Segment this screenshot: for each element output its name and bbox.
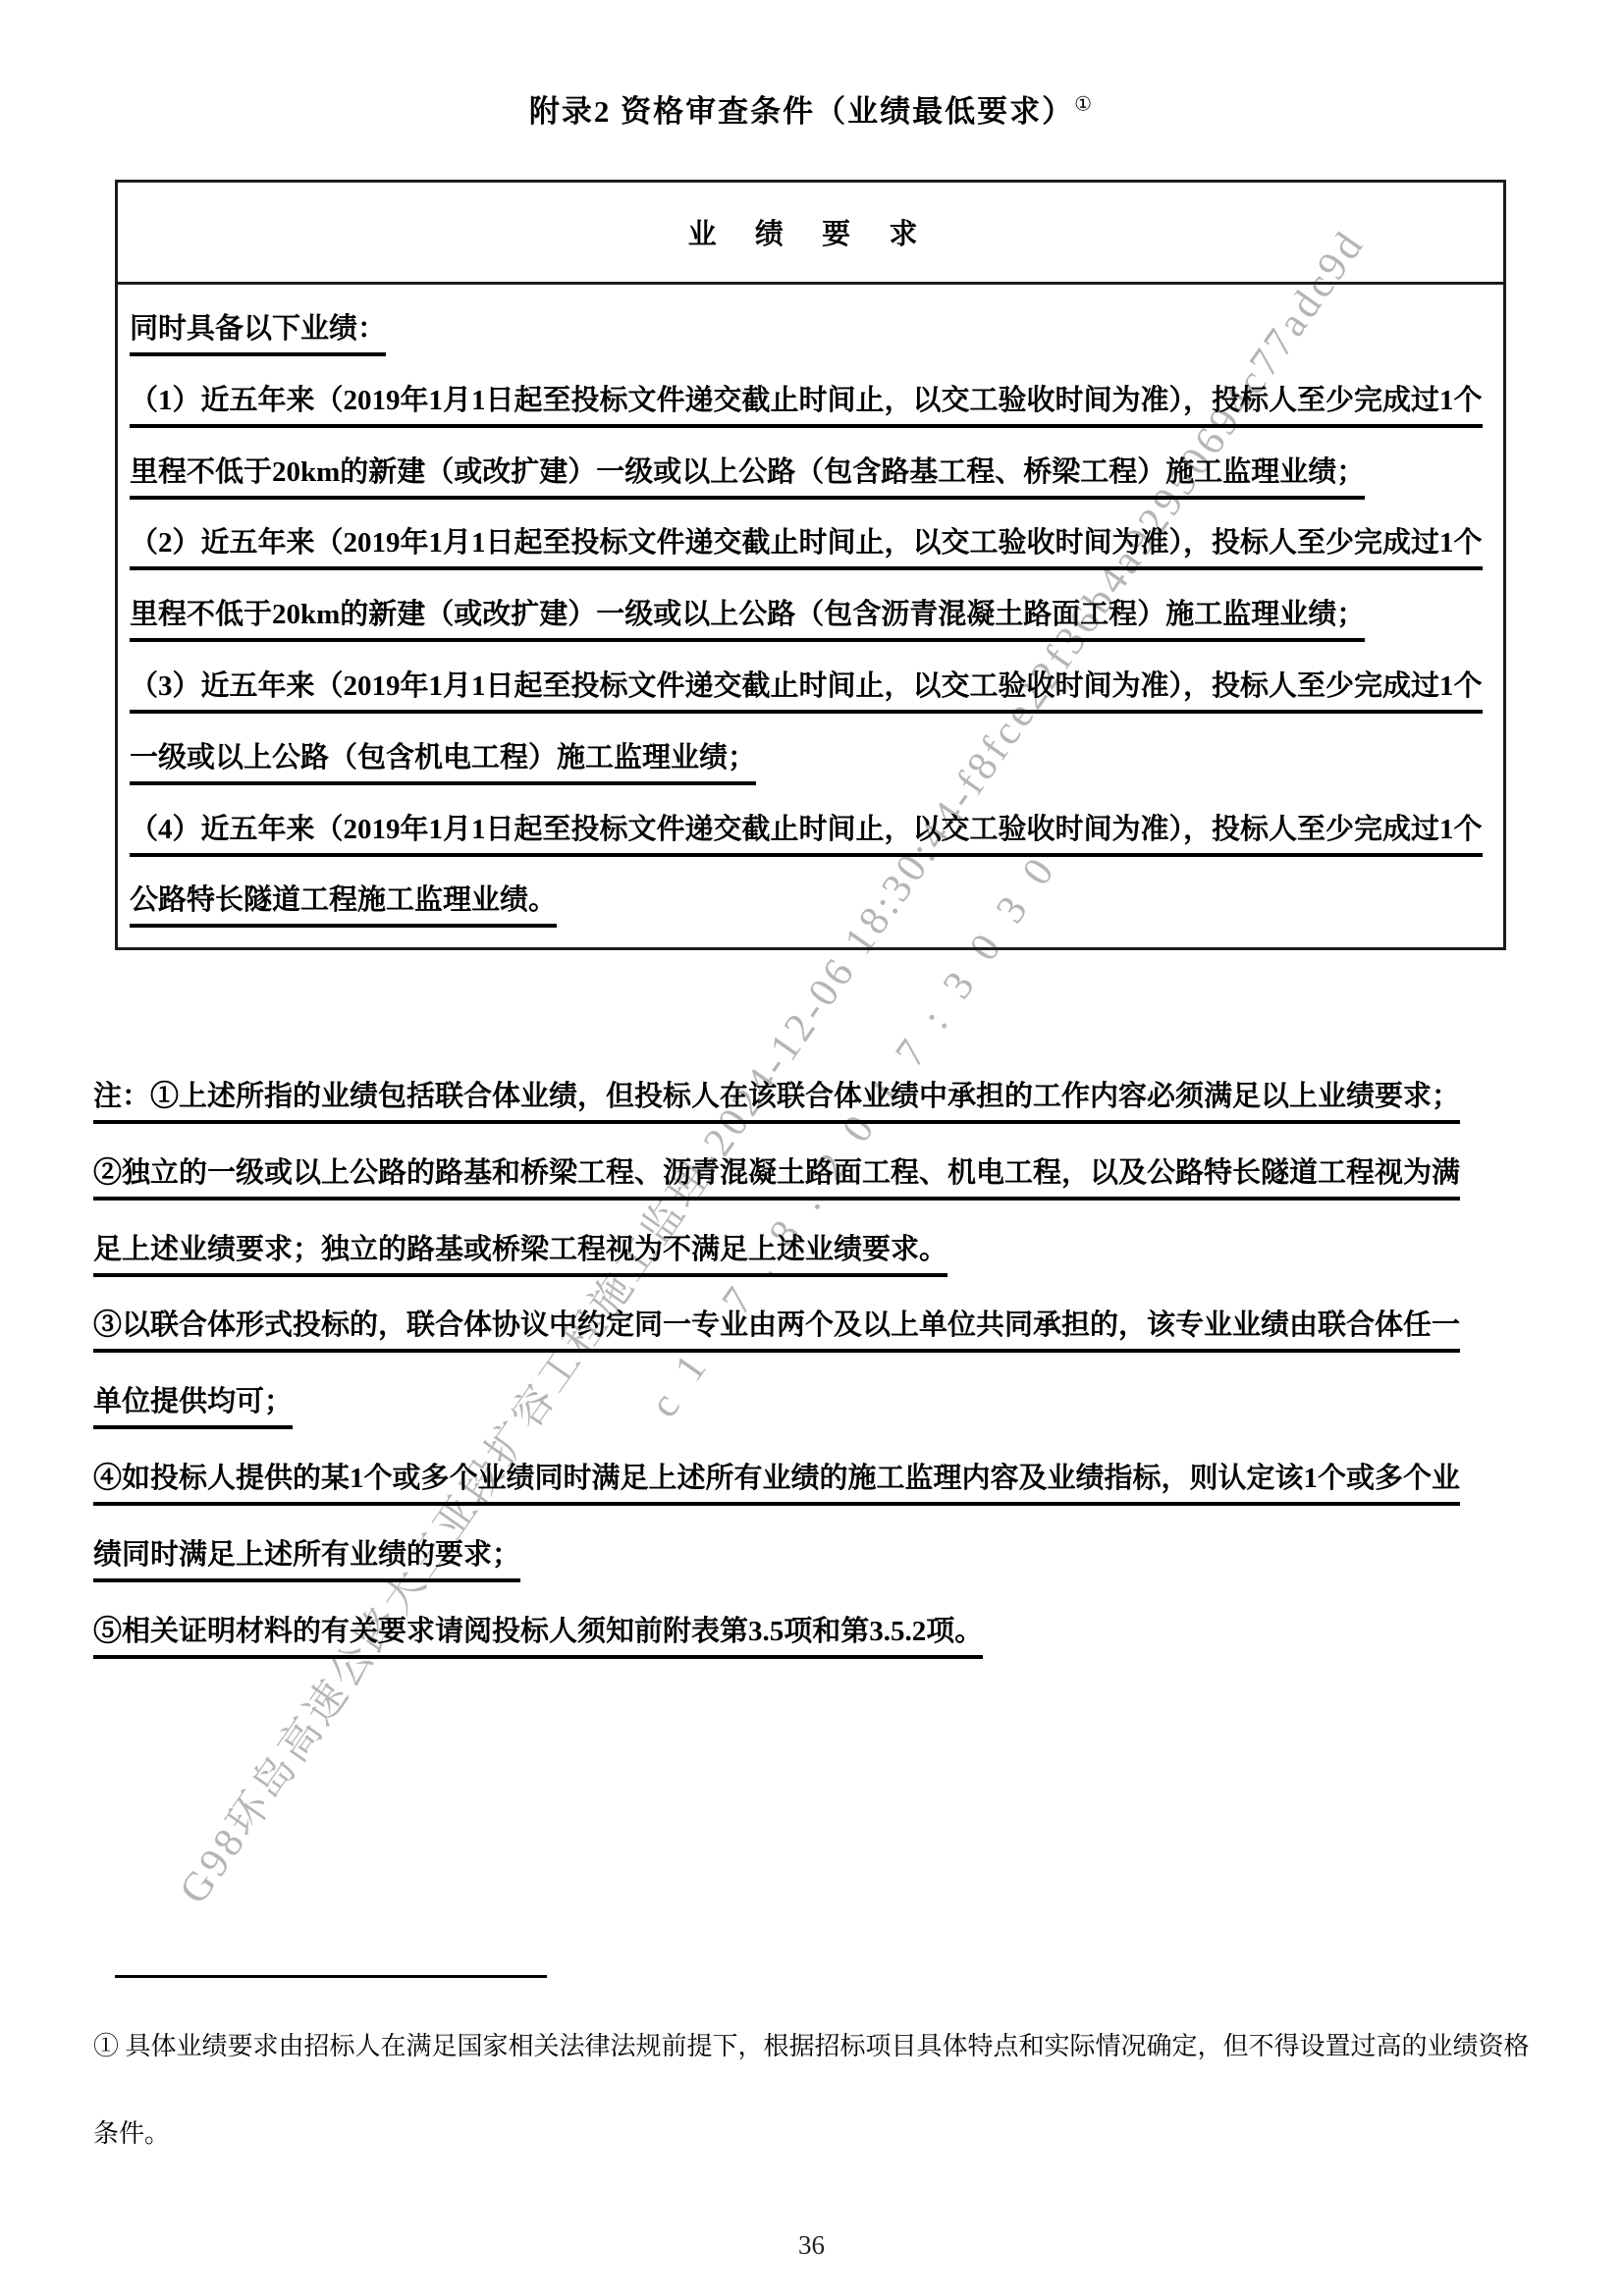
note-line: 足上述业绩要求；独立的路基或桥梁工程视为不满足上述业绩要求。 (93, 1233, 1527, 1267)
note-line-text: 单位提供均可； (93, 1386, 293, 1429)
table-line: 里程不低于20km的新建（或改扩建）一级或以上公路（包含沥青混凝土路面工程）施工… (130, 598, 1491, 632)
page-title: 附录2 资格审查条件（业绩最低要求）① (0, 86, 1623, 131)
footnote-line: 条件。 (93, 2117, 1532, 2151)
table-line: （2）近五年来（2019年1月1日起至投标文件递交截止时间止，以交工验收时间为准… (130, 526, 1491, 561)
note-line-text: ⑤相关证明材料的有关要求请阅投标人须知前附表第3.5项和第3.5.2项。 (93, 1616, 983, 1659)
notes-section: 注：①上述所指的业绩包括联合体业绩，但投标人在该联合体业绩中承担的工作内容必须满… (93, 1080, 1527, 1690)
note-line: ⑤相关证明材料的有关要求请阅投标人须知前附表第3.5项和第3.5.2项。 (93, 1615, 1527, 1649)
table-line-text: 里程不低于20km的新建（或改扩建）一级或以上公路（包含沥青混凝土路面工程）施工… (130, 599, 1365, 642)
note-line: 绩同时满足上述所有业绩的要求； (93, 1538, 1527, 1573)
table-line-text: （2）近五年来（2019年1月1日起至投标文件递交截止时间止，以交工验收时间为准… (130, 527, 1483, 570)
page-title-text: 附录2 资格审查条件（业绩最低要求） (529, 94, 1074, 129)
table-line-text: 里程不低于20km的新建（或改扩建）一级或以上公路（包含路基工程、桥梁工程）施工… (130, 456, 1365, 500)
note-line: ③以联合体形式投标的，联合体协议中约定同一专业由两个及以上单位共同承担的，该专业… (93, 1308, 1527, 1343)
page-number: 36 (0, 2230, 1623, 2261)
table-line: （1）近五年来（2019年1月1日起至投标文件递交截止时间止，以交工验收时间为准… (130, 384, 1491, 418)
document-page: G98环岛高速公路大三亚段扩容工程施工监理-2024-12-06 18:30:4… (0, 0, 1623, 2296)
table-line: 同时具备以下业绩： (130, 312, 1491, 347)
table-line: 公路特长隧道工程施工监理业绩。 (130, 883, 1491, 918)
footnote-separator (115, 1975, 547, 1978)
footnote-line: ① 具体业绩要求由招标人在满足国家相关法律法规前提下，根据招标项目具体特点和实际… (93, 2030, 1532, 2063)
footnote-section: ① 具体业绩要求由招标人在满足国家相关法律法规前提下，根据招标项目具体特点和实际… (93, 2030, 1532, 2205)
note-line: ②独立的一级或以上公路的路基和桥梁工程、沥青混凝土路面工程、机电工程，以及公路特… (93, 1156, 1527, 1191)
table-line-text: 一级或以上公路（包含机电工程）施工监理业绩； (130, 742, 756, 785)
table-line-text: （3）近五年来（2019年1月1日起至投标文件递交截止时间止，以交工验收时间为准… (130, 670, 1483, 714)
note-line-text: 足上述业绩要求；独立的路基或桥梁工程视为不满足上述业绩要求。 (93, 1234, 947, 1277)
table-line: 里程不低于20km的新建（或改扩建）一级或以上公路（包含路基工程、桥梁工程）施工… (130, 455, 1491, 490)
table-line-text: 公路特长隧道工程施工监理业绩。 (130, 884, 557, 928)
note-line: 单位提供均可； (93, 1385, 1527, 1419)
note-line-text: 绩同时满足上述所有业绩的要求； (93, 1539, 520, 1582)
performance-requirements-table: 业 绩 要 求 同时具备以下业绩： （1）近五年来（2019年1月1日起至投标文… (115, 180, 1506, 950)
note-line: ④如投标人提供的某1个或多个业绩同时满足上述所有业绩的施工监理内容及业绩指标，则… (93, 1462, 1527, 1496)
note-line-text: 注：①上述所指的业绩包括联合体业绩，但投标人在该联合体业绩中承担的工作内容必须满… (93, 1081, 1460, 1124)
title-footnote-ref: ① (1074, 94, 1094, 116)
table-line: 一级或以上公路（包含机电工程）施工监理业绩； (130, 741, 1491, 775)
note-line-text: ③以联合体形式投标的，联合体协议中约定同一专业由两个及以上单位共同承担的，该专业… (93, 1309, 1460, 1353)
table-header: 业 绩 要 求 (118, 183, 1503, 285)
table-body-cell: 同时具备以下业绩： （1）近五年来（2019年1月1日起至投标文件递交截止时间止… (118, 285, 1503, 947)
note-line-text: ②独立的一级或以上公路的路基和桥梁工程、沥青混凝土路面工程、机电工程，以及公路特… (93, 1157, 1460, 1201)
table-line-text: 同时具备以下业绩： (130, 313, 386, 356)
table-line-text: （1）近五年来（2019年1月1日起至投标文件递交截止时间止，以交工验收时间为准… (130, 385, 1483, 428)
table-line: （4）近五年来（2019年1月1日起至投标文件递交截止时间止，以交工验收时间为准… (130, 813, 1491, 847)
note-line: 注：①上述所指的业绩包括联合体业绩，但投标人在该联合体业绩中承担的工作内容必须满… (93, 1080, 1527, 1114)
note-line-text: ④如投标人提供的某1个或多个业绩同时满足上述所有业绩的施工监理内容及业绩指标，则… (93, 1463, 1460, 1506)
table-line: （3）近五年来（2019年1月1日起至投标文件递交截止时间止，以交工验收时间为准… (130, 669, 1491, 704)
table-line-text: （4）近五年来（2019年1月1日起至投标文件递交截止时间止，以交工验收时间为准… (130, 814, 1483, 857)
